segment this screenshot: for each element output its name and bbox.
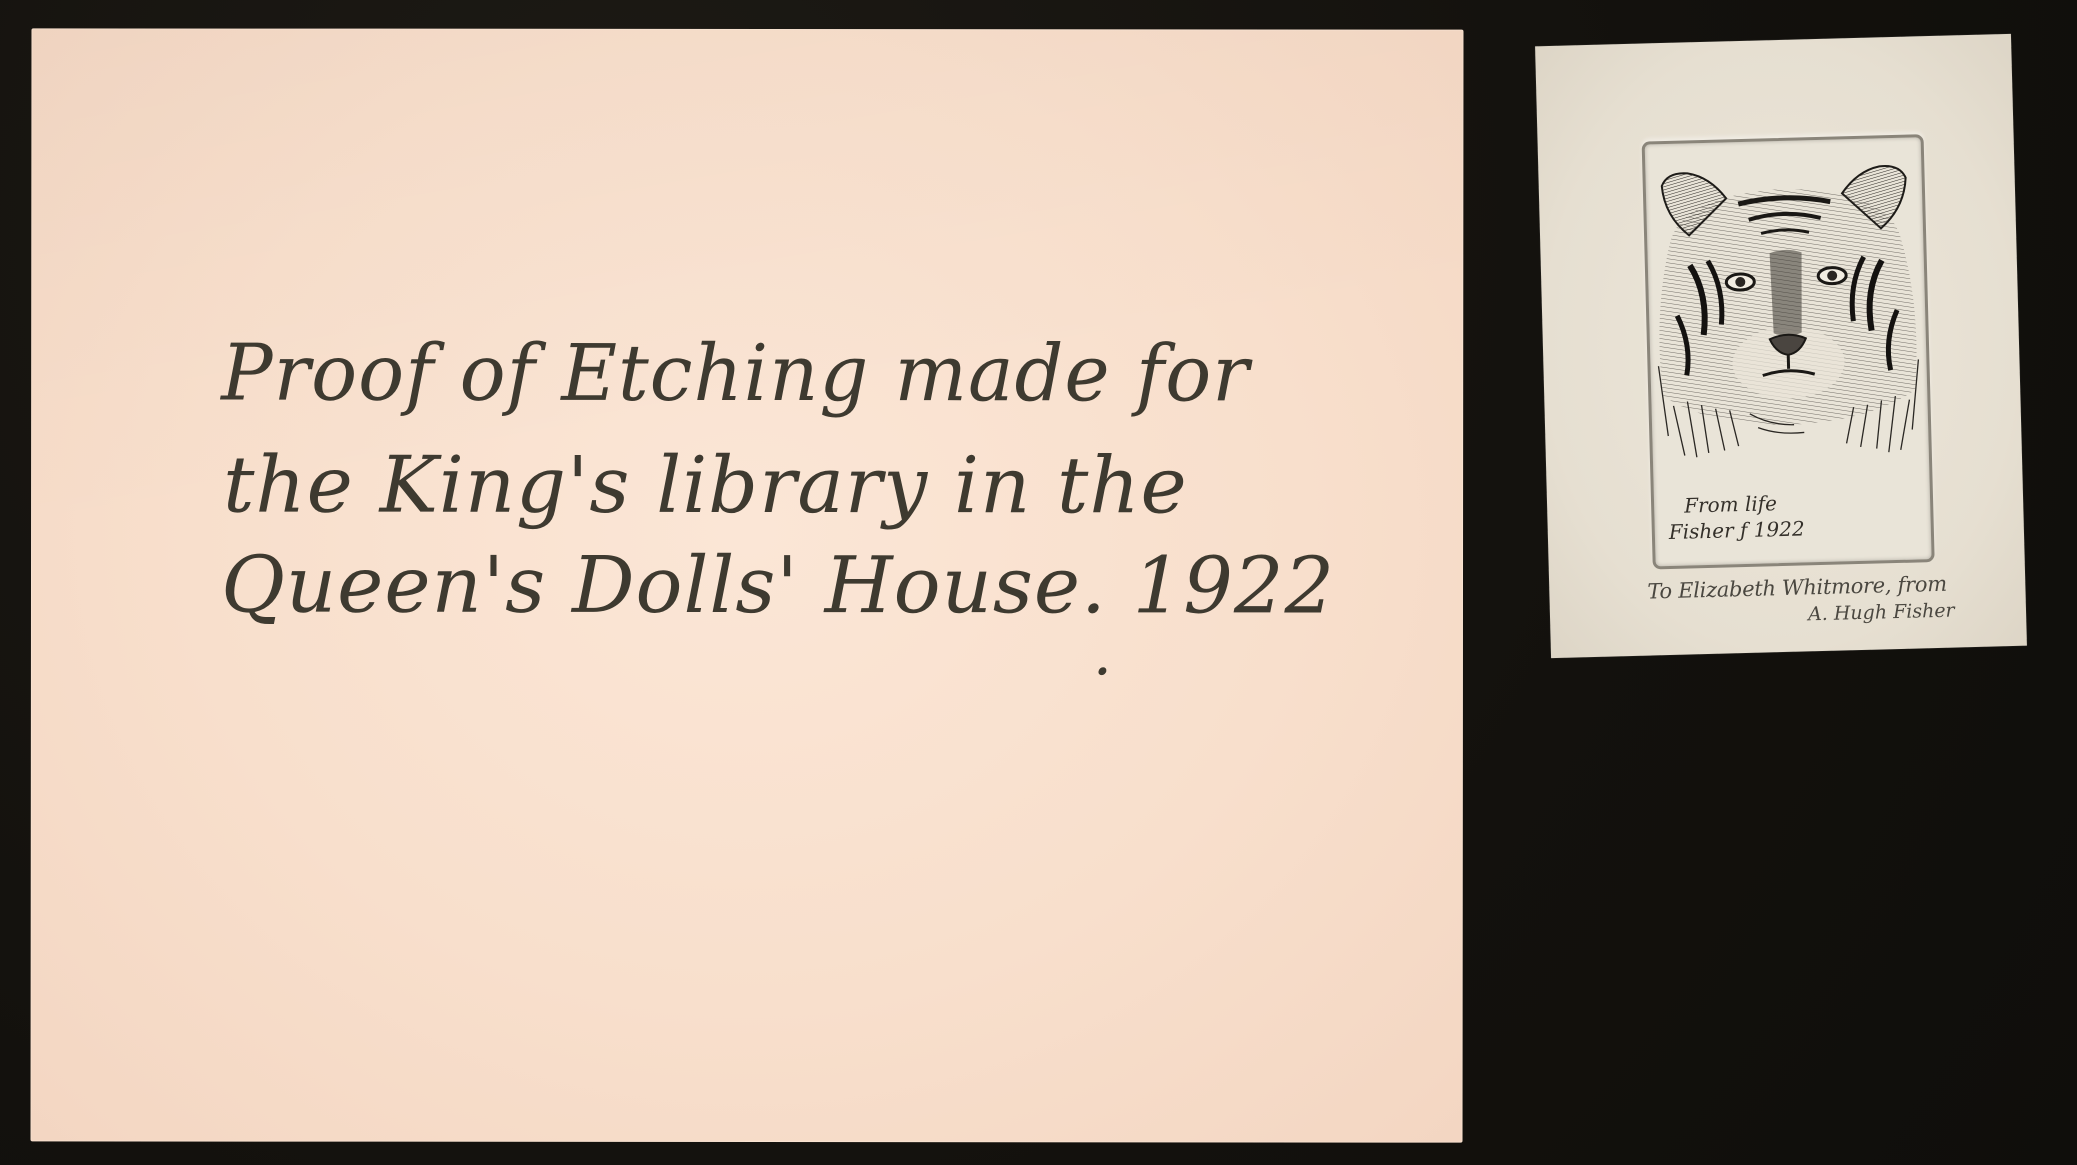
inscription-trailing-dot: .	[1093, 619, 1113, 689]
dedication-text: To Elizabeth Whitmore, from	[1647, 572, 1947, 604]
plate-inscription-from-life: From life	[1684, 491, 1777, 517]
inscription-line-2: the King's library in the	[223, 441, 1188, 532]
inscription-line-1: Proof of Etching made for	[221, 329, 1250, 420]
envelope: Proof of Etching made for the King's lib…	[31, 28, 1464, 1142]
etching-card: From life Fisher ƒ 1922 To Elizabeth Whi…	[1535, 34, 2027, 658]
etching-plate: From life Fisher ƒ 1922	[1642, 134, 1935, 569]
tiger-etching-icon	[1647, 159, 1927, 466]
inscription-line-3: Queen's Dolls' House. 1922	[221, 541, 1335, 632]
plate-signature-date: Fisher ƒ 1922	[1669, 516, 1805, 544]
artist-signature: A. Hugh Fisher	[1808, 600, 1955, 626]
